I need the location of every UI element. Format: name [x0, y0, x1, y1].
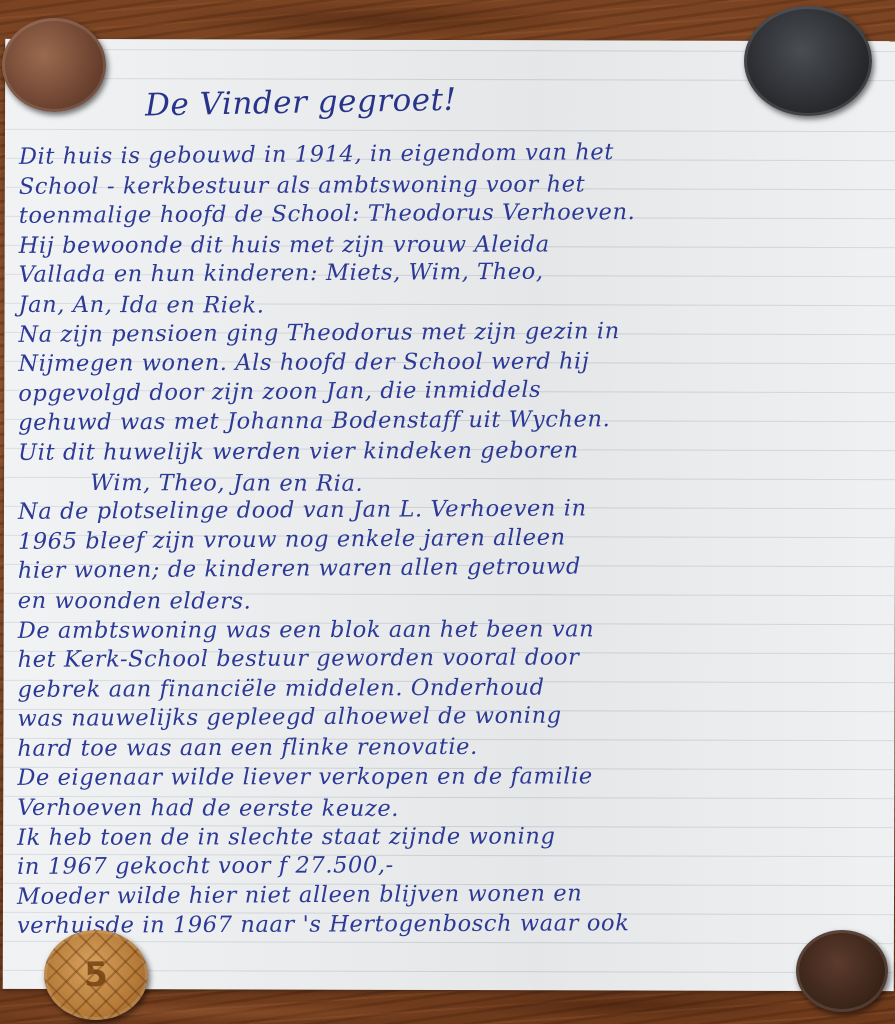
handwritten-line: De eigenaar wilde liever verkopen en de … [17, 762, 877, 794]
letter-title: De Vinder gegroet! [145, 82, 457, 124]
handwritten-line: het Kerk-School bestuur geworden vooral … [18, 642, 878, 675]
handwritten-line: Na zijn pensioen ging Theodorus met zijn… [18, 315, 878, 350]
handwritten-line: was nauwelijks gepleegd alhoewel de woni… [17, 700, 877, 735]
handwritten-line: gehuwd was met Johanna Bodenstaff uit Wy… [18, 404, 878, 439]
handwritten-line: De ambtswoning was een blok aan het been… [18, 614, 878, 646]
handwritten-line: Vallada en hun kinderen: Miets, Wim, The… [19, 256, 879, 291]
coin-icon [2, 18, 106, 112]
coin-glyph [744, 6, 872, 116]
handwritten-line: hard toe was aan een flinke renovatie. [17, 731, 877, 764]
handwritten-line: Uit dit huwelijk werden vier kindeken ge… [18, 435, 878, 468]
coin-glyph: 5 [44, 930, 148, 1020]
handwritten-line: Ik heb toen de in slechte staat zijnde w… [17, 821, 877, 853]
letter-body: Dit huis is gebouwd in 1914, in eigendom… [17, 143, 879, 944]
handwritten-line: Moeder wilde hier niet alleen blijven wo… [17, 877, 877, 912]
coin-glyph [796, 930, 888, 1012]
coin-icon [796, 930, 888, 1012]
handwritten-line: toenmalige hoofd de School: Theodorus Ve… [19, 197, 879, 232]
lined-paper-sheet: De Vinder gegroet! Dit huis is gebouwd i… [3, 39, 895, 991]
coin-icon: 5 [44, 930, 148, 1020]
handwritten-line: hier wonen; de kinderen waren allen getr… [18, 550, 878, 586]
handwritten-line: en woonden elders. [18, 587, 878, 619]
handwritten-line: Dit huis is gebouwd in 1914, in eigendom… [19, 136, 879, 172]
coin-glyph [2, 18, 106, 112]
coin-icon [744, 6, 872, 116]
